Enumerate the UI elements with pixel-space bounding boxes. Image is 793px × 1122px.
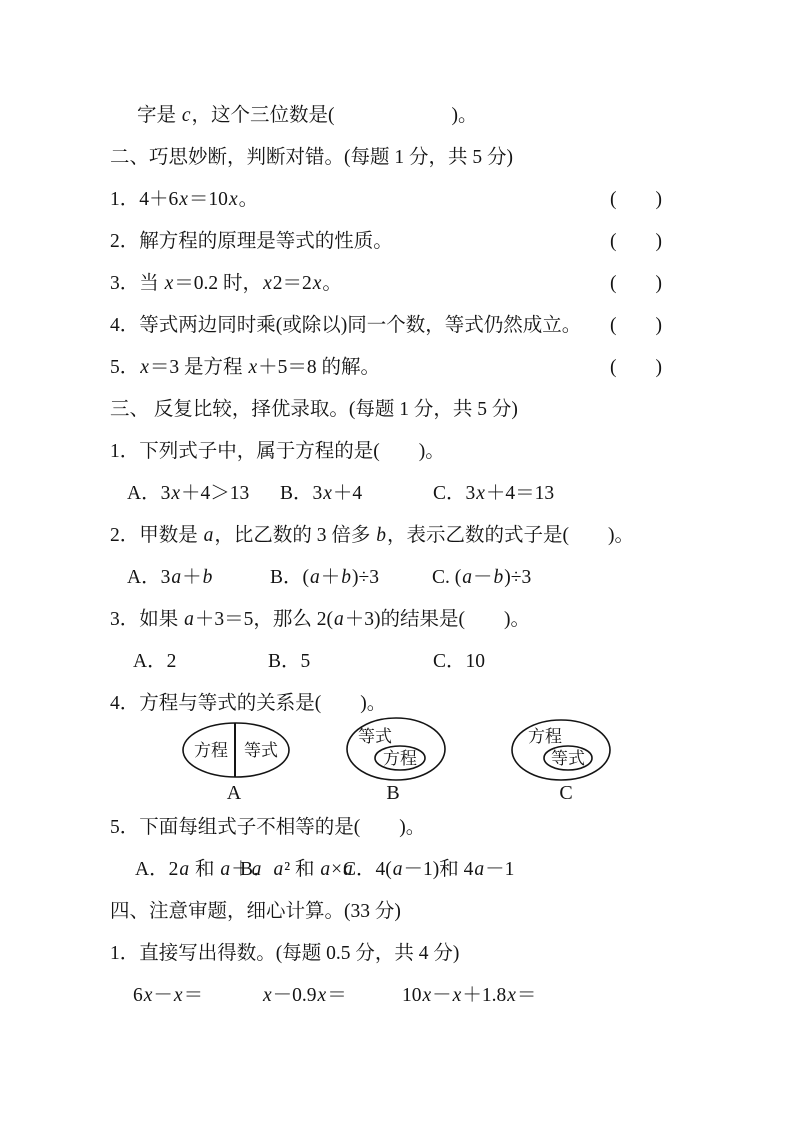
venn-diagram-svg: 方程 等式 A 等式 方程 B 方程 等式 C [110, 725, 683, 807]
venn-b-inner-text: 方程 [383, 749, 417, 768]
choice-q2-options: A．3a＋b B．(a＋b)÷3 C. (a－b)÷3 [110, 557, 683, 599]
choice-q1-option-c: C．3x＋4＝13 [433, 473, 554, 515]
choice-q5-option-b: B．a² 和 a×a [240, 849, 354, 891]
choice-q2-option-b: B．(a＋b)÷3 [270, 557, 379, 599]
judge-item-3-answer-parens: ( ) [610, 263, 662, 305]
judge-item-5-answer-parens: ( ) [610, 347, 662, 389]
calc-instruction: 1．直接写出得数。(每题 0.5 分，共 4 分) [110, 933, 683, 975]
choice-q1-text: 1．下列式子中，属于方程的是( )。 [110, 441, 445, 462]
judge-item-1-answer-parens: ( ) [610, 179, 662, 221]
section-3-title: 三、 反复比较，择优录取。(每题 1 分，共 5 分) [110, 399, 518, 420]
choice-q1-options: A．3x＋4＞13 B．3x＋4 C．3x＋4＝13 [110, 473, 683, 515]
section-4-title: 四、注意审题，细心计算。(33 分) [110, 901, 401, 922]
choice-q2-text: 2．甲数是 a，比乙数的 3 倍多 b，表示乙数的式子是( )。 [110, 525, 634, 546]
venn-a-left-text: 方程 [194, 741, 228, 760]
choice-q3-option-b: B．5 [268, 641, 310, 683]
venn-c-outer-text: 方程 [528, 727, 562, 746]
choice-q1-option-b: B．3x＋4 [280, 473, 362, 515]
choice-q2-option-c: C. (a－b)÷3 [432, 557, 531, 599]
judge-item-2: 2．解方程的原理是等式的性质。 ( ) [110, 221, 683, 263]
choice-q5-option-c: C．4(a－1)和 4a－1 [343, 849, 514, 891]
choice-q2-option-a: A．3a＋b [127, 557, 213, 599]
choice-q3-text: 3．如果 a＋3＝5，那么 2(a＋3)的结果是( )。 [110, 609, 530, 630]
choice-q5-options: A．2a 和 a＋a B．a² 和 a×a C．4(a－1)和 4a－1 [110, 849, 683, 891]
venn-a-right-text: 等式 [244, 741, 278, 760]
choice-q1-option-a: A．3x＋4＞13 [127, 473, 249, 515]
section-2-title: 二、巧思妙断，判断对错。(每题 1 分，共 5 分) [110, 147, 513, 168]
calc-expressions-row: 6x－x＝ x－0.9x＝ 10x－x＋1.8x＝ [110, 975, 683, 1017]
choice-q4-venn-diagrams: 方程 等式 A 等式 方程 B 方程 等式 C [110, 725, 683, 807]
choice-q2-stem: 2．甲数是 a，比乙数的 3 倍多 b，表示乙数的式子是( )。 [110, 515, 683, 557]
judge-item-4: 4．等式两边同时乘(或除以)同一个数，等式仍然成立。 ( ) [110, 305, 683, 347]
choice-q5-stem: 5．下面每组式子不相等的是( )。 [110, 807, 683, 849]
venn-c-label: C [559, 782, 572, 804]
venn-c-inner-text: 等式 [551, 749, 585, 768]
section-4-heading: 四、注意审题，细心计算。(33 分) [110, 891, 683, 933]
judge-item-2-text: 2．解方程的原理是等式的性质。 [110, 231, 393, 252]
intro-text: 字是 c，这个三位数是( )。 [137, 105, 478, 126]
venn-b-outer-text: 等式 [358, 727, 392, 746]
judge-item-5: 5．x＝3 是方程 x＋5＝8 的解。 ( ) [110, 347, 683, 389]
venn-b-label: B [386, 782, 399, 804]
calc-expression-1: 6x－x＝ [133, 975, 203, 1017]
judge-item-2-answer-parens: ( ) [610, 221, 662, 263]
choice-q4-text: 4．方程与等式的关系是( )。 [110, 693, 386, 714]
judge-item-3: 3．当 x＝0.2 时，x2＝2x。 ( ) [110, 263, 683, 305]
exam-page: 字是 c，这个三位数是( )。 二、巧思妙断，判断对错。(每题 1 分，共 5 … [0, 0, 793, 1122]
choice-q3-stem: 3．如果 a＋3＝5，那么 2(a＋3)的结果是( )。 [110, 599, 683, 641]
section-3-heading: 三、 反复比较，择优录取。(每题 1 分，共 5 分) [110, 389, 683, 431]
choice-q3-options: A．2 B．5 C．10 [110, 641, 683, 683]
calc-instruction-text: 1．直接写出得数。(每题 0.5 分，共 4 分) [110, 943, 459, 964]
judge-item-4-text: 4．等式两边同时乘(或除以)同一个数，等式仍然成立。 [110, 315, 581, 336]
calc-expression-3: 10x－x＋1.8x＝ [402, 975, 536, 1017]
exam-content: 字是 c，这个三位数是( )。 二、巧思妙断，判断对错。(每题 1 分，共 5 … [110, 95, 683, 1017]
calc-expression-2: x－0.9x＝ [262, 975, 347, 1017]
judge-item-3-text: 3．当 x＝0.2 时，x2＝2x。 [110, 273, 342, 294]
judge-item-4-answer-parens: ( ) [610, 305, 662, 347]
judge-item-1: 1．4＋6x＝10x。 ( ) [110, 179, 683, 221]
choice-q5-text: 5．下面每组式子不相等的是( )。 [110, 817, 425, 838]
venn-a-label: A [227, 782, 242, 804]
choice-q3-option-c: C．10 [433, 641, 485, 683]
choice-q1-stem: 1．下列式子中，属于方程的是( )。 [110, 431, 683, 473]
judge-item-1-text: 1．4＋6x＝10x。 [110, 189, 258, 210]
section-2-heading: 二、巧思妙断，判断对错。(每题 1 分，共 5 分) [110, 137, 683, 179]
intro-continuation-line: 字是 c，这个三位数是( )。 [110, 95, 683, 137]
judge-item-5-text: 5．x＝3 是方程 x＋5＝8 的解。 [110, 357, 380, 378]
choice-q3-option-a: A．2 [133, 641, 176, 683]
